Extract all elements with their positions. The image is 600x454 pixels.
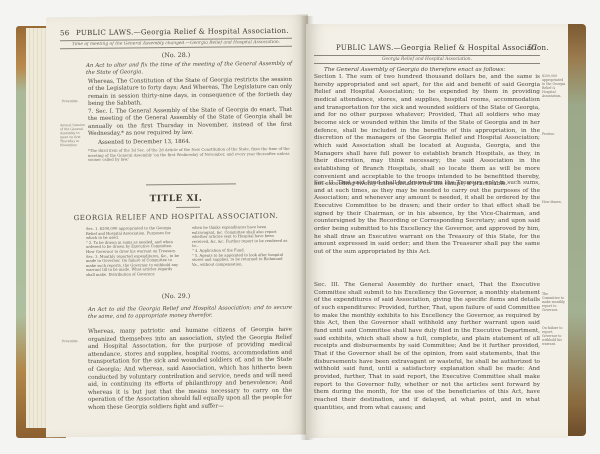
toc-entry: Sec. 1. $200,000 appropriated to the Geo… — [86, 226, 182, 241]
toc-entry: when he thinks expenditures have been ex… — [192, 225, 290, 249]
margin-note: Preamble. — [62, 339, 86, 343]
margin-note: Annual Session of the General Assembly t… — [60, 123, 86, 147]
left-page: 56 PUBLIC LAWS.—Georgia Relief & Hospita… — [46, 15, 308, 438]
left-running-head: PUBLIC LAWS.—Georgia Relief & Hospital A… — [76, 27, 289, 37]
section-3: Sec. III. The General Assembly do furthe… — [314, 282, 540, 412]
section-text: 7. Sec. I. The General Assembly of the S… — [88, 107, 292, 138]
act-number: (No. 29.) — [60, 291, 292, 302]
header-rule — [314, 63, 540, 64]
toc-entry: " 5. Agents to be appointed to look afte… — [192, 252, 290, 267]
margin-note: How drawn. — [542, 200, 564, 204]
margin-note: The Committee to make monthly report to … — [542, 292, 566, 312]
toc-left-column: Sec. 1. $200,000 appropriated to the Geo… — [86, 226, 182, 278]
margin-note: Preamble. — [62, 99, 86, 103]
header-rule — [314, 55, 540, 56]
margin-note: $200,000 appropriated to the Georgia Rel… — [542, 74, 566, 98]
section-2: Sec. II. That said fund shall be drawn f… — [314, 180, 540, 257]
footnote: *The third item of the 3d Sec. of the 2d… — [88, 147, 292, 163]
right-cover-board — [566, 24, 586, 436]
toc-entry: Sec. 3. Monthly reported expenditures, &… — [86, 254, 182, 278]
right-subhead: Georgia Relief and Hospital Association. — [314, 57, 540, 62]
section-heading: GEORGIA RELIEF AND HOSPITAL ASSOCIATION. — [60, 212, 292, 222]
right-page: PUBLIC LAWS.—Georgia Relief & Hospital A… — [306, 24, 568, 438]
section-rule — [146, 183, 236, 185]
preamble-text: Whereas, many patriotic and humane citiz… — [88, 327, 292, 413]
open-book-photo: 56 PUBLIC LAWS.—Georgia Relief & Hospita… — [0, 0, 600, 454]
right-running-head: PUBLIC LAWS.—Georgia Relief & Hospital A… — [336, 44, 549, 52]
act-number: (No. 28.) — [60, 50, 292, 61]
toc-right-column: when he thinks expenditures have been ex… — [192, 225, 290, 267]
toc-entry: " 2. To be drawn in sums as needed, and … — [86, 240, 182, 255]
left-page-number: 56 — [60, 29, 70, 37]
short-rule — [176, 207, 200, 208]
section-1: Section I. The sum of two hundred thousa… — [314, 74, 540, 189]
margin-note: On failure to report, Governor to withho… — [542, 326, 566, 346]
act-title: An Act to aid the Georgia Relief and Hos… — [88, 305, 292, 321]
title-heading: TITLE XI. — [60, 193, 292, 205]
margin-note: Proviso. — [542, 132, 562, 136]
preamble: Whereas, The Constitution of the State o… — [88, 77, 292, 108]
act-title: An Act to alter and fix the time of the … — [86, 61, 292, 76]
right-page-number: 57 — [528, 44, 538, 52]
